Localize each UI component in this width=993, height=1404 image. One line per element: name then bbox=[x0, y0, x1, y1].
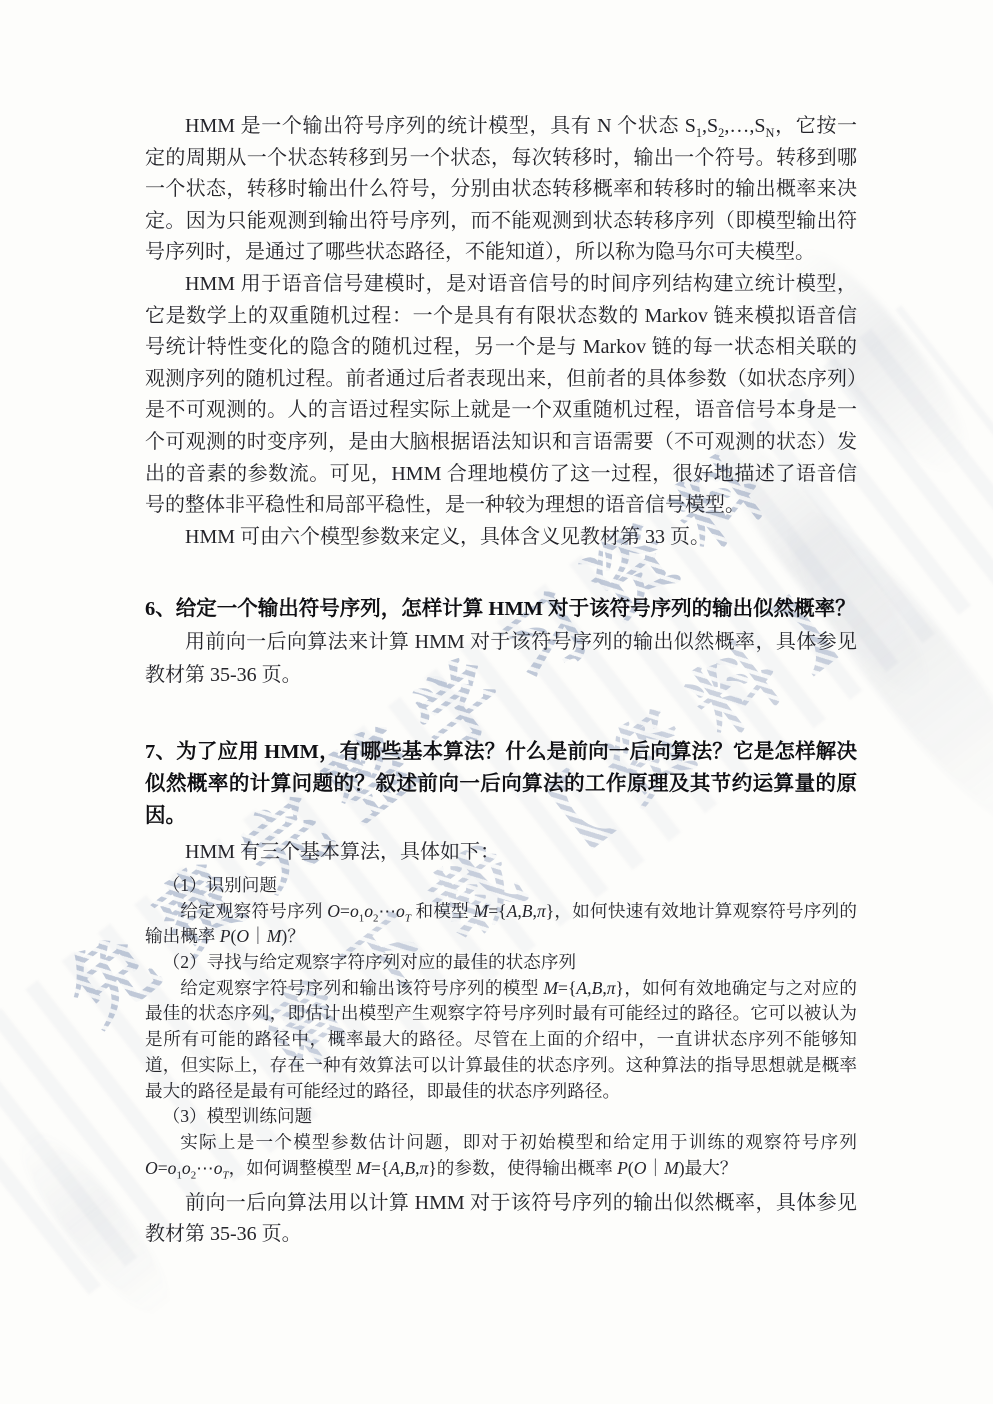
algorithm-item-3-body: 实际上是一个模型参数估计问题，即对于初始模型和给定用于训练的观察符号序列 O=o… bbox=[145, 1130, 857, 1181]
question-7-heading: 7、为了应用 HMM，有哪些基本算法？什么是前向一后向算法？它是怎样解决似然概率… bbox=[145, 737, 857, 832]
question-6-heading: 6、给定一个输出符号序列，怎样计算 HMM 对于该符号序列的输出似然概率？ bbox=[145, 594, 857, 626]
algorithm-item-2-title: （2）寻找与给定观察字符序列对应的最佳的状态序列 bbox=[145, 950, 857, 976]
question-7-answer-intro: HMM 有三个基本算法，具体如下： bbox=[145, 837, 857, 869]
paragraph-hmm-definition: HMM 是一个输出符号序列的统计模型，具有 N 个状态 S1,S2,…,SN，它… bbox=[145, 111, 857, 269]
algorithm-item-3-title: （3）模型训练问题 bbox=[145, 1104, 857, 1130]
algorithm-list: （1）识别问题 给定观察符号序列 O=o1o2⋯oT 和模型 M={A,B,π}… bbox=[145, 873, 857, 1181]
algorithm-item-1-body: 给定观察符号序列 O=o1o2⋯oT 和模型 M={A,B,π}，如何快速有效地… bbox=[145, 899, 857, 950]
page-content: HMM 是一个输出符号序列的统计模型，具有 N 个状态 S1,S2,…,SN，它… bbox=[145, 111, 857, 1250]
question-7-closing: 前向一后向算法用以计算 HMM 对于该符号序列的输出似然概率，具体参见教材第 3… bbox=[145, 1188, 857, 1250]
question-6-answer: 用前向一后向算法来计算 HMM 对于该符号序列的输出似然概率，具体参见教材第 3… bbox=[145, 626, 857, 691]
algorithm-item-2-body: 给定观察字符号序列和输出该符号序列的模型 M={A,B,π}，如何有效地确定与之… bbox=[145, 976, 857, 1105]
algorithm-item-1-title: （1）识别问题 bbox=[145, 873, 857, 899]
document-page: 免费完整学习资料 请下载【资料】 HMM 是一个输出符号序列的统计模型，具有 N… bbox=[0, 0, 993, 1404]
paragraph-hmm-parameters: HMM 可由六个模型参数来定义，具体含义见教材第 33 页。 bbox=[145, 522, 857, 554]
paragraph-hmm-speech-modeling: HMM 用于语音信号建模时，是对语音信号的时间序列结构建立统计模型，它是数学上的… bbox=[145, 269, 857, 522]
